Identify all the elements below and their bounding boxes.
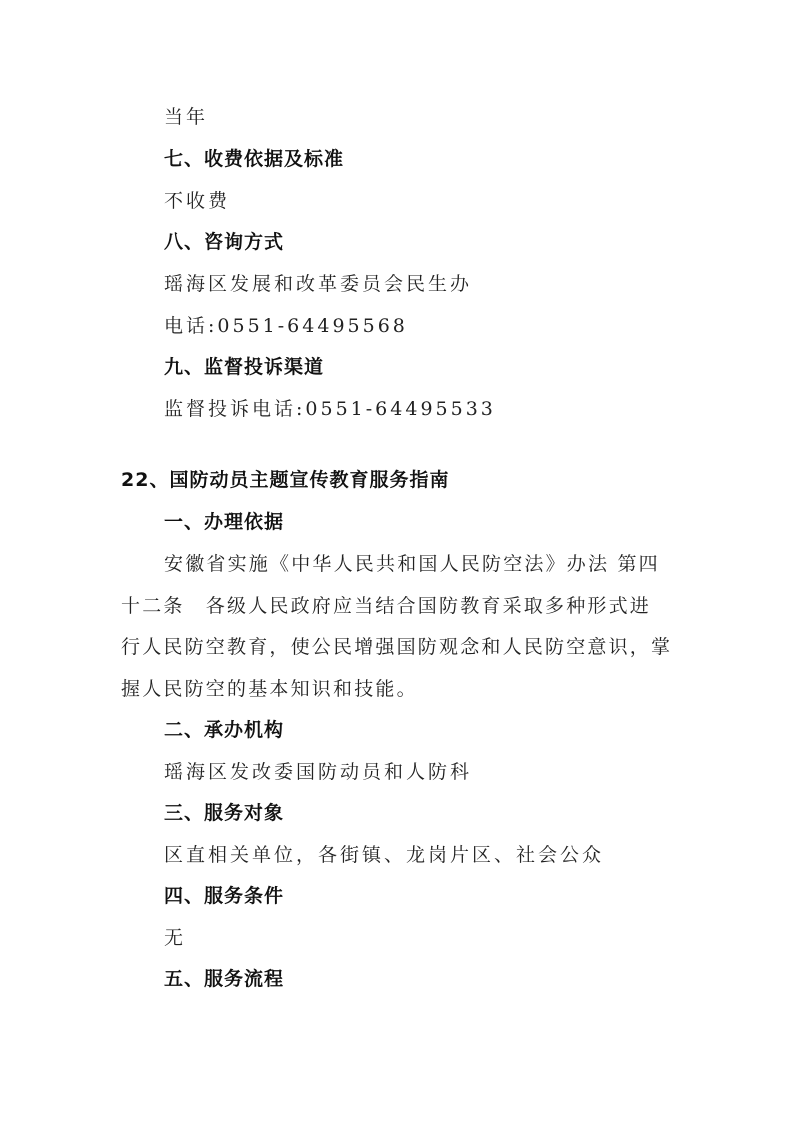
body-text-inquiry-office: 瑶海区发展和改革委员会民生办 (164, 272, 472, 296)
paragraph-line-4: 握人民防空的基本知识和技能。 (121, 677, 418, 701)
body-text-service-target: 区直相关单位，各街镇、龙岗片区、社会公众 (164, 843, 604, 867)
section-heading-inquiry: 八、咨询方式 (164, 230, 284, 254)
body-text-agency: 瑶海区发改委国防动员和人防科 (164, 760, 472, 784)
section-heading-basis: 一、办理依据 (164, 510, 284, 534)
guide-title: 22、国防动员主题宣传教育服务指南 (121, 468, 449, 492)
paragraph-line-2: 十二条 各级人民政府应当结合国防教育采取多种形式进 (121, 594, 651, 618)
body-text-inquiry-phone: 电话:0551-64495568 (164, 314, 408, 338)
section-heading-conditions: 四、服务条件 (164, 884, 284, 908)
document-page: 当年 七、收费依据及标准 不收费 八、咨询方式 瑶海区发展和改革委员会民生办 电… (0, 0, 792, 1122)
body-text-complaint-phone: 监督投诉电话:0551-64495533 (164, 397, 496, 421)
paragraph-line-3: 行人民防空教育，使公民增强国防观念和人民防空意识，掌 (121, 635, 672, 659)
paragraph-line-1: 安徽省实施《中华人民共和国人民防空法》办法 第四 (164, 552, 660, 576)
body-text-conditions: 无 (164, 926, 186, 950)
section-heading-process: 五、服务流程 (164, 967, 284, 991)
section-heading-fee-basis: 七、收费依据及标准 (164, 147, 344, 171)
body-text-year: 当年 (164, 105, 208, 129)
body-text-no-fee: 不收费 (164, 189, 230, 213)
section-heading-agency: 二、承办机构 (164, 718, 284, 742)
section-heading-complaint: 九、监督投诉渠道 (164, 355, 324, 379)
section-heading-service-target: 三、服务对象 (164, 801, 284, 825)
